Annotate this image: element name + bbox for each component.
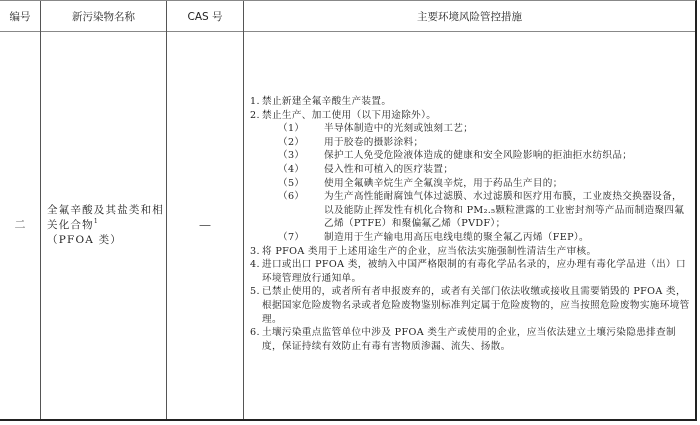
row-number: 二 [0,31,40,419]
measure-subitem: （2）用于胶卷的摄影涂料； [250,136,690,150]
measure-subitem: （6）为生产高性能耐腐蚀气体过滤膜、水过滤膜和医疗用布膜，工业废热交换器设备，以… [250,190,690,231]
header-number: 编号 [0,1,40,31]
header-name: 新污染物名称 [41,1,166,31]
measure-item: 1.禁止新建全氟辛酸生产装置。 [250,95,690,109]
column-divider [243,1,244,419]
header-measures: 主要环境风险管控措施 [244,1,695,31]
measure-subitem: （7）制造用于生产输电用高压电线电缆的聚全氟乙丙烯（FEP）。 [250,231,690,245]
footnote-marker: 1 [94,218,99,225]
measure-item: 6.土壤污染重点监管单位中涉及 PFOA 类生产或使用的企业，应当依法建立土壤污… [250,326,690,353]
measure-item: 5.已禁止使用的，或者所有者申报废弃的，或者有关部门依法收缴或接收且需要销毁的 … [250,285,690,326]
measure-subitem: （4）侵入性和可植入的医疗装置； [250,163,690,177]
pollutant-name: 全氟辛酸及其盐类和相关化合物1 （PFOA 类） [41,31,165,419]
cas-number: — [167,31,243,419]
measure-subitem: （1）半导体制造中的光刻或蚀刻工艺； [250,122,690,136]
pollutant-abbrev: （PFOA 类） [47,234,122,246]
measure-subitem: （3）保护工人免受危险液体造成的健康和安全风险影响的拒油拒水纺织品； [250,149,690,163]
measure-subitem: （5）使用全氟碘辛烷生产全氟溴辛烷，用于药品生产目的； [250,177,690,191]
header-cas: CAS 号 [167,1,243,31]
measure-item: 2.禁止生产、加工使用（以下用途除外）。 [250,109,690,123]
pollutant-control-table: 编号 新污染物名称 CAS 号 主要环境风险管控措施 二 全氟辛酸及其盐类和相关… [0,0,697,421]
pollutant-name-text: 全氟辛酸及其盐类和相关化合物 [47,204,164,231]
control-measures: 1.禁止新建全氟辛酸生产装置。 2.禁止生产、加工使用（以下用途除外）。 （1）… [250,95,690,353]
measure-item: 3.将 PFOA 类用于上述用途生产的企业，应当依法实施强制性清洁生产审核。 [250,245,690,259]
measure-item: 4.进口或出口 PFOA 类，被纳入中国严格限制的有毒化学品名录的，应办理有毒化… [250,258,690,285]
